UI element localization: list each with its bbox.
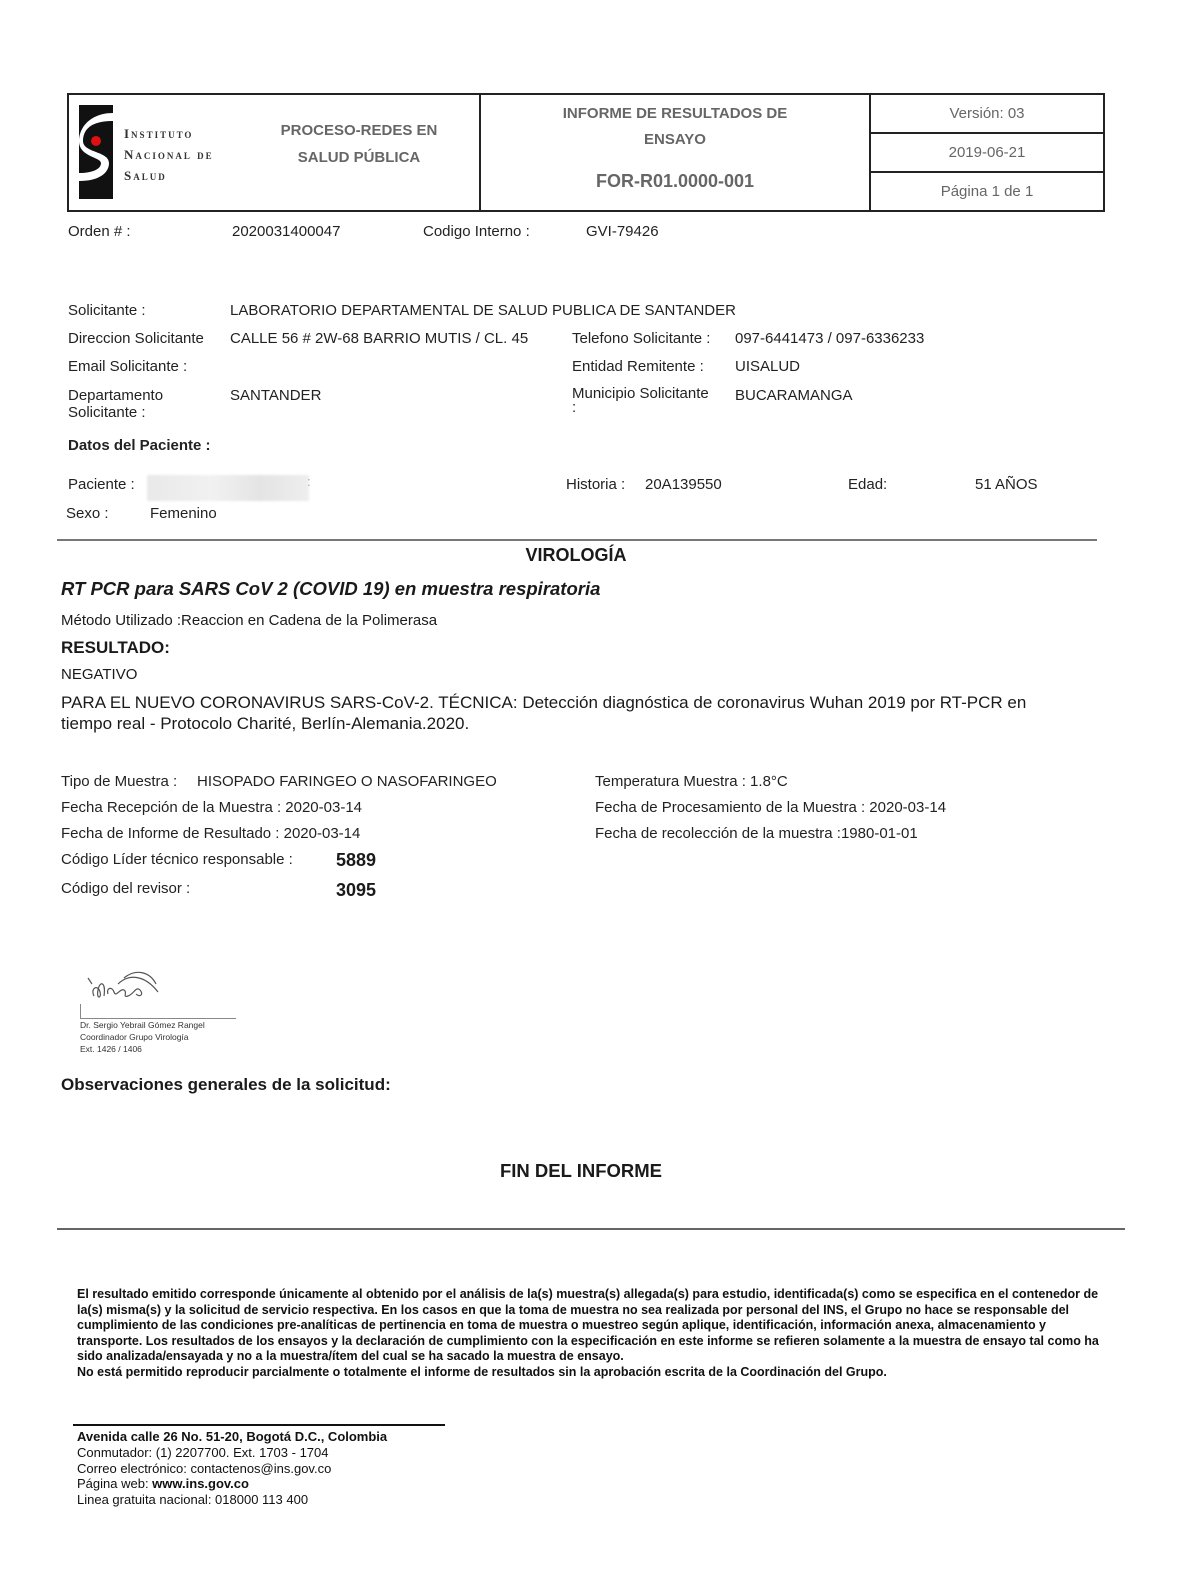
result-label: RESULTADO: <box>61 638 170 658</box>
signature-line <box>80 1004 236 1019</box>
redacted-patient-name <box>147 475 309 501</box>
entidad-value: UISALUD <box>735 358 800 375</box>
municipio-label: Municipio Solicitante : <box>572 387 709 415</box>
form-code: FOR-R01.0000-001 <box>481 171 869 192</box>
telefono-value: 097-6441473 / 097-6336233 <box>735 330 924 347</box>
historia-value: 20A139550 <box>645 476 722 493</box>
signature-icon <box>84 966 164 1006</box>
signer-ext: Ext. 1426 / 1406 <box>80 1043 205 1055</box>
paciente-trailing-colon: : <box>307 474 311 489</box>
municipio-value: BUCARAMANGA <box>735 387 853 404</box>
signer-name: Dr. Sergio Yebrail Gómez Rangel <box>80 1019 205 1031</box>
fecha-informe: Fecha de Informe de Resultado : 2020-03-… <box>61 825 360 842</box>
legal-paragraph-1: El resultado emitido corresponde únicame… <box>77 1287 1107 1365</box>
page-number: Página 1 de 1 <box>871 171 1103 210</box>
solicitante-label: Solicitante : <box>68 302 146 319</box>
signer-block: Dr. Sergio Yebrail Gómez Rangel Coordina… <box>80 1019 205 1055</box>
lider-label: Código Líder técnico responsable : <box>61 851 293 868</box>
sexo-value: Femenino <box>150 505 217 522</box>
process-name: PROCESO-REDES EN SALUD PÚBLICA <box>259 117 459 171</box>
ins-logo-icon <box>79 105 113 199</box>
version-date: 2019-06-21 <box>871 132 1103 171</box>
departamento-label: Departamento Solicitante : <box>68 387 163 421</box>
edad-value: 51 AÑOS <box>975 476 1038 493</box>
result-value: NEGATIVO <box>61 666 137 683</box>
fecha-procesamiento: Fecha de Procesamiento de la Muestra : 2… <box>595 799 946 816</box>
contact-web: Página web: www.ins.gov.co <box>77 1476 387 1492</box>
contact-hotline: Linea gratuita nacional: 018000 113 400 <box>77 1492 387 1508</box>
signer-role: Coordinador Grupo Virología <box>80 1031 205 1043</box>
edad-label: Edad: <box>848 476 887 493</box>
sexo-label: Sexo : <box>66 505 109 522</box>
header-logo-cell: Instituto Nacional de Salud PROCESO-REDE… <box>69 95 481 210</box>
order-value: 2020031400047 <box>232 223 340 240</box>
departamento-value: SANTANDER <box>230 387 321 404</box>
order-label: Orden # : <box>68 223 131 240</box>
direccion-label: Direccion Solicitante <box>68 330 204 347</box>
version: Versión: 03 <box>871 95 1103 132</box>
historia-label: Historia : <box>566 476 625 493</box>
contact-phone: Conmutador: (1) 2207700. Ext. 1703 - 170… <box>77 1445 387 1461</box>
temperatura: Temperatura Muestra : 1.8°C <box>595 773 788 790</box>
revisor-value: 3095 <box>336 880 376 901</box>
area-title: VIROLOGÍA <box>0 545 1152 566</box>
entidad-label: Entidad Remitente : <box>572 358 704 375</box>
paciente-label: Paciente : <box>68 476 135 493</box>
internal-code-label: Codigo Interno : <box>423 223 530 240</box>
contact-email[interactable]: Correo electrónico: contactenos@ins.gov.… <box>77 1461 387 1477</box>
report-title: INFORME DE RESULTADOS DE ENSAYO <box>481 101 869 153</box>
divider <box>57 539 1097 541</box>
revisor-label: Código del revisor : <box>61 880 190 897</box>
header-meta-cell: Versión: 03 2019-06-21 Página 1 de 1 <box>871 95 1103 210</box>
test-name: RT PCR para SARS CoV 2 (COVID 19) en mue… <box>61 578 600 600</box>
direccion-value: CALLE 56 # 2W-68 BARRIO MUTIS / CL. 45 <box>230 330 528 347</box>
tipo-muestra-value: HISOPADO FARINGEO O NASOFARINGEO <box>197 773 497 790</box>
solicitante-value: LABORATORIO DEPARTAMENTAL DE SALUD PUBLI… <box>230 302 736 319</box>
tipo-muestra-label: Tipo de Muestra : <box>61 773 177 790</box>
internal-code-value: GVI-79426 <box>586 223 659 240</box>
end-of-report: FIN DEL INFORME <box>0 1160 1162 1182</box>
legal-notice: El resultado emitido corresponde únicame… <box>77 1287 1107 1381</box>
contact-address: Avenida calle 26 No. 51-20, Bogotá D.C.,… <box>77 1429 387 1445</box>
result-detail: PARA EL NUEVO CORONAVIRUS SARS-CoV-2. TÉ… <box>61 692 1026 734</box>
fecha-recoleccion: Fecha de recolección de la muestra :1980… <box>595 825 918 842</box>
contact-web-link[interactable]: www.ins.gov.co <box>152 1476 249 1491</box>
report-header: Instituto Nacional de Salud PROCESO-REDE… <box>67 93 1105 212</box>
test-method: Método Utilizado :Reaccion en Cadena de … <box>61 612 437 629</box>
patient-section-title: Datos del Paciente : <box>68 437 211 454</box>
institution-name: Instituto Nacional de Salud <box>124 123 214 186</box>
telefono-label: Telefono Solicitante : <box>572 330 710 347</box>
footer-divider <box>57 1228 1125 1230</box>
email-label: Email Solicitante : <box>68 358 187 375</box>
legal-paragraph-2: No está permitido reproducir parcialment… <box>77 1365 1107 1381</box>
lider-value: 5889 <box>336 850 376 871</box>
fecha-recepcion: Fecha Recepción de la Muestra : 2020-03-… <box>61 799 362 816</box>
contact-block: Avenida calle 26 No. 51-20, Bogotá D.C.,… <box>77 1429 387 1508</box>
contact-divider <box>73 1424 445 1426</box>
observations-title: Observaciones generales de la solicitud: <box>61 1075 391 1095</box>
header-title-cell: INFORME DE RESULTADOS DE ENSAYO FOR-R01.… <box>481 95 871 210</box>
